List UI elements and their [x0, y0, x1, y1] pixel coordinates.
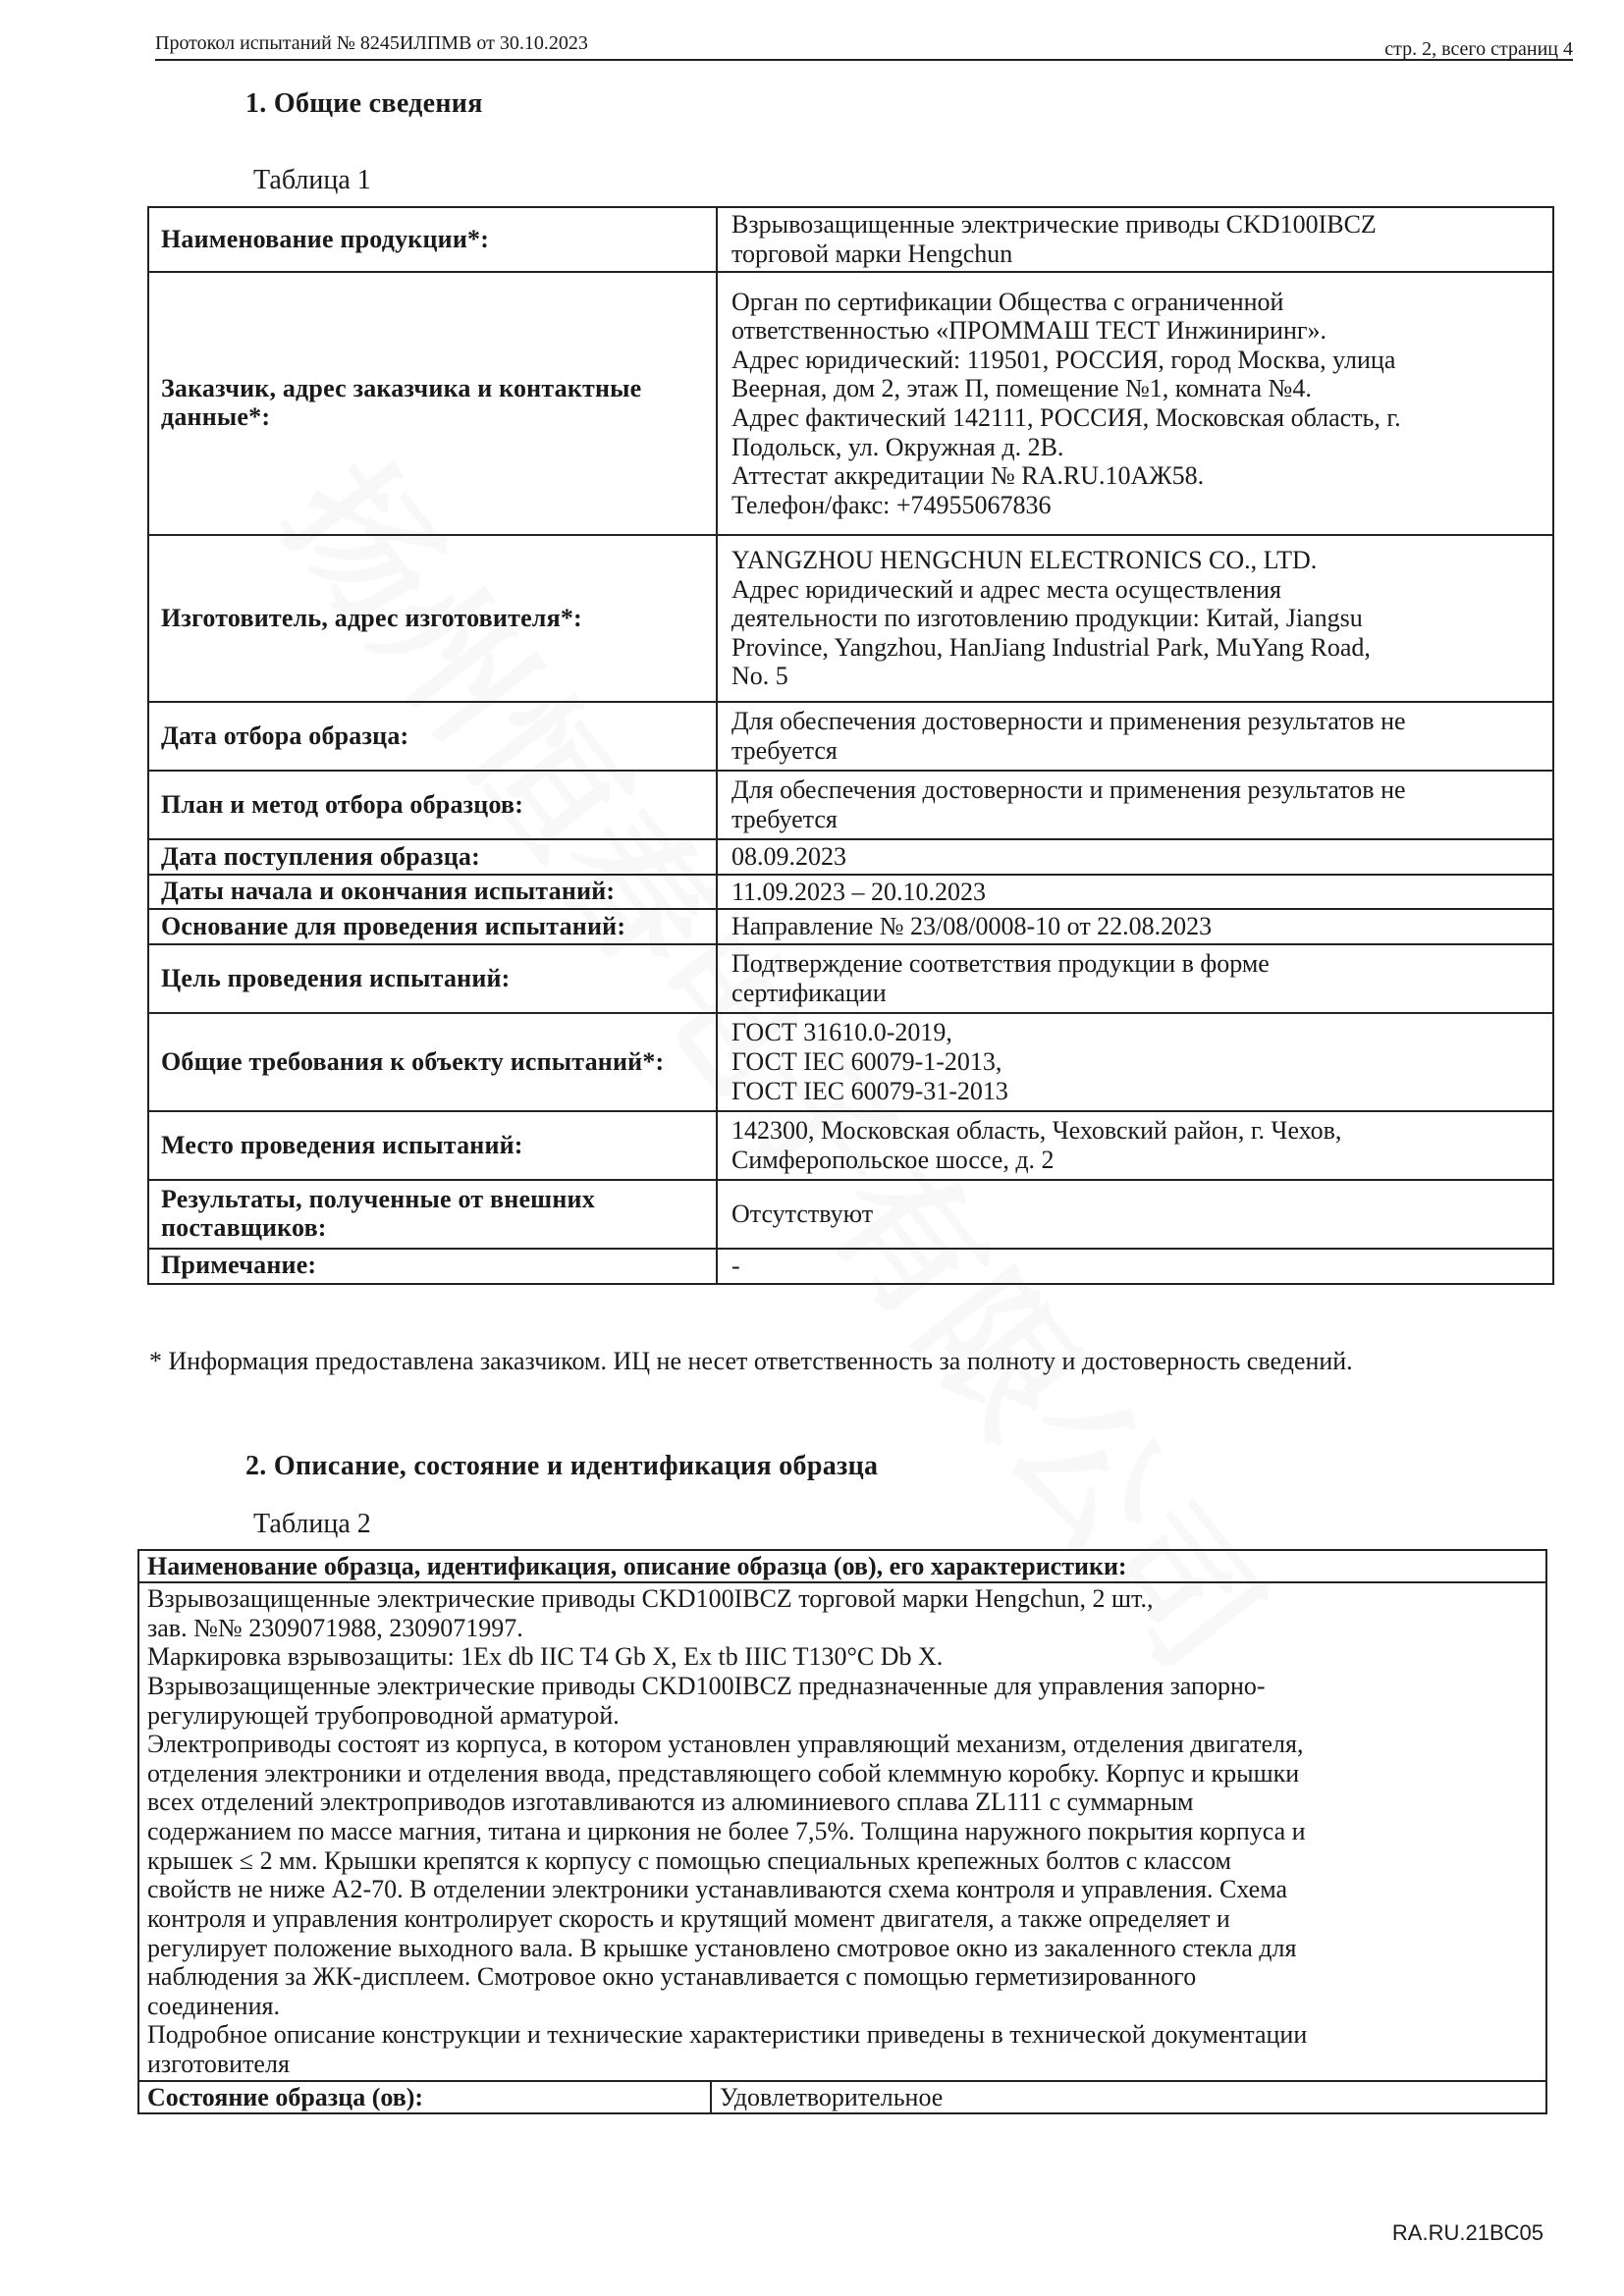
row-label: Общие требования к объекту испытаний*:: [148, 1013, 717, 1111]
value-line: Взрывозащищенные электрические приводы C…: [731, 210, 1543, 240]
table-2-caption: Таблица 2: [253, 1509, 371, 1540]
table-row: Дата поступления образца:08.09.2023: [148, 839, 1553, 875]
value-line: Веерная, дом 2, этаж П, помещение №1, ко…: [731, 374, 1543, 403]
row-label: Даты начала и окончания испытаний:: [148, 875, 717, 910]
sample-description-text: Взрывозащищенные электрические приводы C…: [138, 1582, 1546, 2081]
table-row: Общие требования к объекту испытаний*:ГО…: [148, 1013, 1553, 1111]
value-line: No. 5: [731, 662, 1543, 691]
value-line: -: [731, 1252, 1543, 1281]
value-line: Направление № 23/08/0008-10 от 22.08.202…: [731, 912, 1543, 941]
row-value: 08.09.2023: [717, 839, 1553, 875]
table-row: Результаты, полученные от внешних постав…: [148, 1180, 1553, 1249]
value-line: Адрес фактический 142111, РОССИЯ, Москов…: [731, 403, 1543, 433]
value-line: Подтверждение соответствия продукции в ф…: [731, 949, 1543, 979]
table-row: Место проведения испытаний:142300, Моско…: [148, 1111, 1553, 1180]
value-line: YANGZHOU HENGCHUN ELECTRONICS CO., LTD.: [731, 546, 1543, 575]
general-info-table: Наименование продукции*:Взрывозащищенные…: [147, 206, 1554, 1285]
protocol-number: Протокол испытаний № 8245ИЛПМВ от 30.10.…: [155, 32, 588, 55]
row-value: Для обеспечения достоверности и применен…: [717, 702, 1553, 771]
value-line: требуется: [731, 805, 1543, 834]
description-line: зав. №№ 2309071988, 2309071997.: [147, 1614, 1538, 1643]
description-line: изготовителя: [147, 2050, 1538, 2079]
description-line: всех отделений электроприводов изготавли…: [147, 1788, 1538, 1817]
description-line: Электроприводы состоят из корпуса, в кот…: [147, 1730, 1538, 1759]
row-label: Наименование продукции*:: [148, 207, 717, 272]
row-value: 11.09.2023 – 20.10.2023: [717, 875, 1553, 910]
value-line: Адрес юридический и адрес места осуществ…: [731, 575, 1543, 605]
page-counter: стр. 2, всего страниц 4: [1384, 38, 1573, 61]
table-row: Дата отбора образца:Для обеспечения дост…: [148, 702, 1553, 771]
table-row: Наименование продукции*:Взрывозащищенные…: [148, 207, 1553, 272]
value-line: требуется: [731, 736, 1543, 766]
section-1-title: 1. Общие сведения: [245, 88, 483, 120]
description-line: соединения.: [147, 1992, 1538, 2021]
row-label: Место проведения испытаний:: [148, 1111, 717, 1180]
description-line: регулирующей трубопроводной арматурой.: [147, 1701, 1538, 1731]
description-line: Взрывозащищенные электрические приводы C…: [147, 1672, 1538, 1701]
footnote: * Информация предоставлена заказчиком. И…: [149, 1347, 1543, 1377]
table-row: Взрывозащищенные электрические приводы C…: [138, 1582, 1546, 2081]
value-line: ГОСТ IEC 60079-1-2013,: [731, 1047, 1543, 1077]
value-line: 11.09.2023 – 20.10.2023: [731, 878, 1543, 907]
description-line: крышек ≤ 2 мм. Крышки крепятся к корпусу…: [147, 1846, 1538, 1876]
value-line: 142300, Московская область, Чеховский ра…: [731, 1116, 1543, 1146]
table-1-caption: Таблица 1: [253, 165, 371, 196]
sample-state-label: Состояние образца (ов):: [138, 2081, 711, 2113]
description-line: Взрывозащищенные электрические приводы C…: [147, 1584, 1538, 1614]
value-line: Телефон/факс: +74955067836: [731, 491, 1543, 520]
description-line: содержанием по массе магния, титана и ци…: [147, 1817, 1538, 1846]
description-line: регулирует положение выходного вала. В к…: [147, 1934, 1538, 1963]
value-line: Адрес юридический: 119501, РОССИЯ, город…: [731, 346, 1543, 375]
value-line: Для обеспечения достоверности и применен…: [731, 775, 1543, 805]
value-line: Симферопольское шоссе, д. 2: [731, 1146, 1543, 1175]
description-line: контроля и управления контролирует скоро…: [147, 1904, 1538, 1934]
sample-description-header: Наименование образца, идентификация, опи…: [138, 1550, 1546, 1582]
row-label: Основание для проведения испытаний:: [148, 909, 717, 944]
row-value: 142300, Московская область, Чеховский ра…: [717, 1111, 1553, 1180]
value-line: Орган по сертификации Общества с огранич…: [731, 288, 1543, 317]
value-line: Province, Yangzhou, HanJiang Industrial …: [731, 633, 1543, 663]
row-value: Орган по сертификации Общества с огранич…: [717, 272, 1553, 535]
value-line: Отсутствуют: [731, 1200, 1543, 1229]
table-row: Состояние образца (ов): Удовлетворительн…: [138, 2081, 1546, 2113]
table-row: Изготовитель, адрес изготовителя*:YANGZH…: [148, 535, 1553, 702]
sample-description-table: Наименование образца, идентификация, опи…: [137, 1549, 1547, 2114]
row-value: Подтверждение соответствия продукции в ф…: [717, 944, 1553, 1013]
table-row: Даты начала и окончания испытаний:11.09.…: [148, 875, 1553, 910]
value-line: Подольск, ул. Окружная д. 2В.: [731, 433, 1543, 462]
value-line: сертификации: [731, 979, 1543, 1008]
row-label: Заказчик, адрес заказчика и контактные д…: [148, 272, 717, 535]
description-line: свойств не ниже А2-70. В отделении элект…: [147, 1875, 1538, 1904]
value-line: 08.09.2023: [731, 842, 1543, 872]
row-label: Изготовитель, адрес изготовителя*:: [148, 535, 717, 702]
description-line: Подробное описание конструкции и техниче…: [147, 2020, 1538, 2050]
row-label: Дата отбора образца:: [148, 702, 717, 771]
table-row: Основание для проведения испытаний:Напра…: [148, 909, 1553, 944]
value-line: Для обеспечения достоверности и применен…: [731, 707, 1543, 736]
value-line: ответственностью «ПРОММАШ ТЕСТ Инжинирин…: [731, 316, 1543, 346]
table-row: Примечание:-: [148, 1249, 1553, 1284]
document-code: RA.RU.21BC05: [1392, 2220, 1543, 2246]
value-line: Аттестат аккредитации № RA.RU.10АЖ58.: [731, 461, 1543, 491]
row-value: ГОСТ 31610.0-2019,ГОСТ IEC 60079-1-2013,…: [717, 1013, 1553, 1111]
description-line: наблюдения за ЖК-дисплеем. Смотровое окн…: [147, 1962, 1538, 1992]
table-row: Наименование образца, идентификация, опи…: [138, 1550, 1546, 1582]
row-label: Дата поступления образца:: [148, 839, 717, 875]
row-value: Направление № 23/08/0008-10 от 22.08.202…: [717, 909, 1553, 944]
sample-state-value: Удовлетворительное: [711, 2081, 1546, 2113]
row-value: YANGZHOU HENGCHUN ELECTRONICS CO., LTD.А…: [717, 535, 1553, 702]
row-value: Взрывозащищенные электрические приводы C…: [717, 207, 1553, 272]
row-label: Примечание:: [148, 1249, 717, 1284]
row-label: Цель проведения испытаний:: [148, 944, 717, 1013]
value-line: деятельности по изготовлению продукции: …: [731, 604, 1543, 633]
table-row: Заказчик, адрес заказчика и контактные д…: [148, 272, 1553, 535]
row-label: План и метод отбора образцов:: [148, 771, 717, 839]
description-line: отделения электроники и отделения ввода,…: [147, 1759, 1538, 1789]
section-2-title: 2. Описание, состояние и идентификация о…: [245, 1451, 878, 1482]
value-line: ГОСТ IEC 60079-31-2013: [731, 1077, 1543, 1106]
table-row: Цель проведения испытаний:Подтверждение …: [148, 944, 1553, 1013]
page-header: Протокол испытаний № 8245ИЛПМВ от 30.10.…: [155, 24, 1573, 61]
row-value: -: [717, 1249, 1553, 1284]
value-line: ГОСТ 31610.0-2019,: [731, 1018, 1543, 1047]
row-label: Результаты, полученные от внешних постав…: [148, 1180, 717, 1249]
description-line: Маркировка взрывозащиты: 1Ex db IIC T4 G…: [147, 1642, 1538, 1672]
value-line: торговой марки Hengchun: [731, 240, 1543, 269]
row-value: Для обеспечения достоверности и применен…: [717, 771, 1553, 839]
row-value: Отсутствуют: [717, 1180, 1553, 1249]
table-row: План и метод отбора образцов:Для обеспеч…: [148, 771, 1553, 839]
